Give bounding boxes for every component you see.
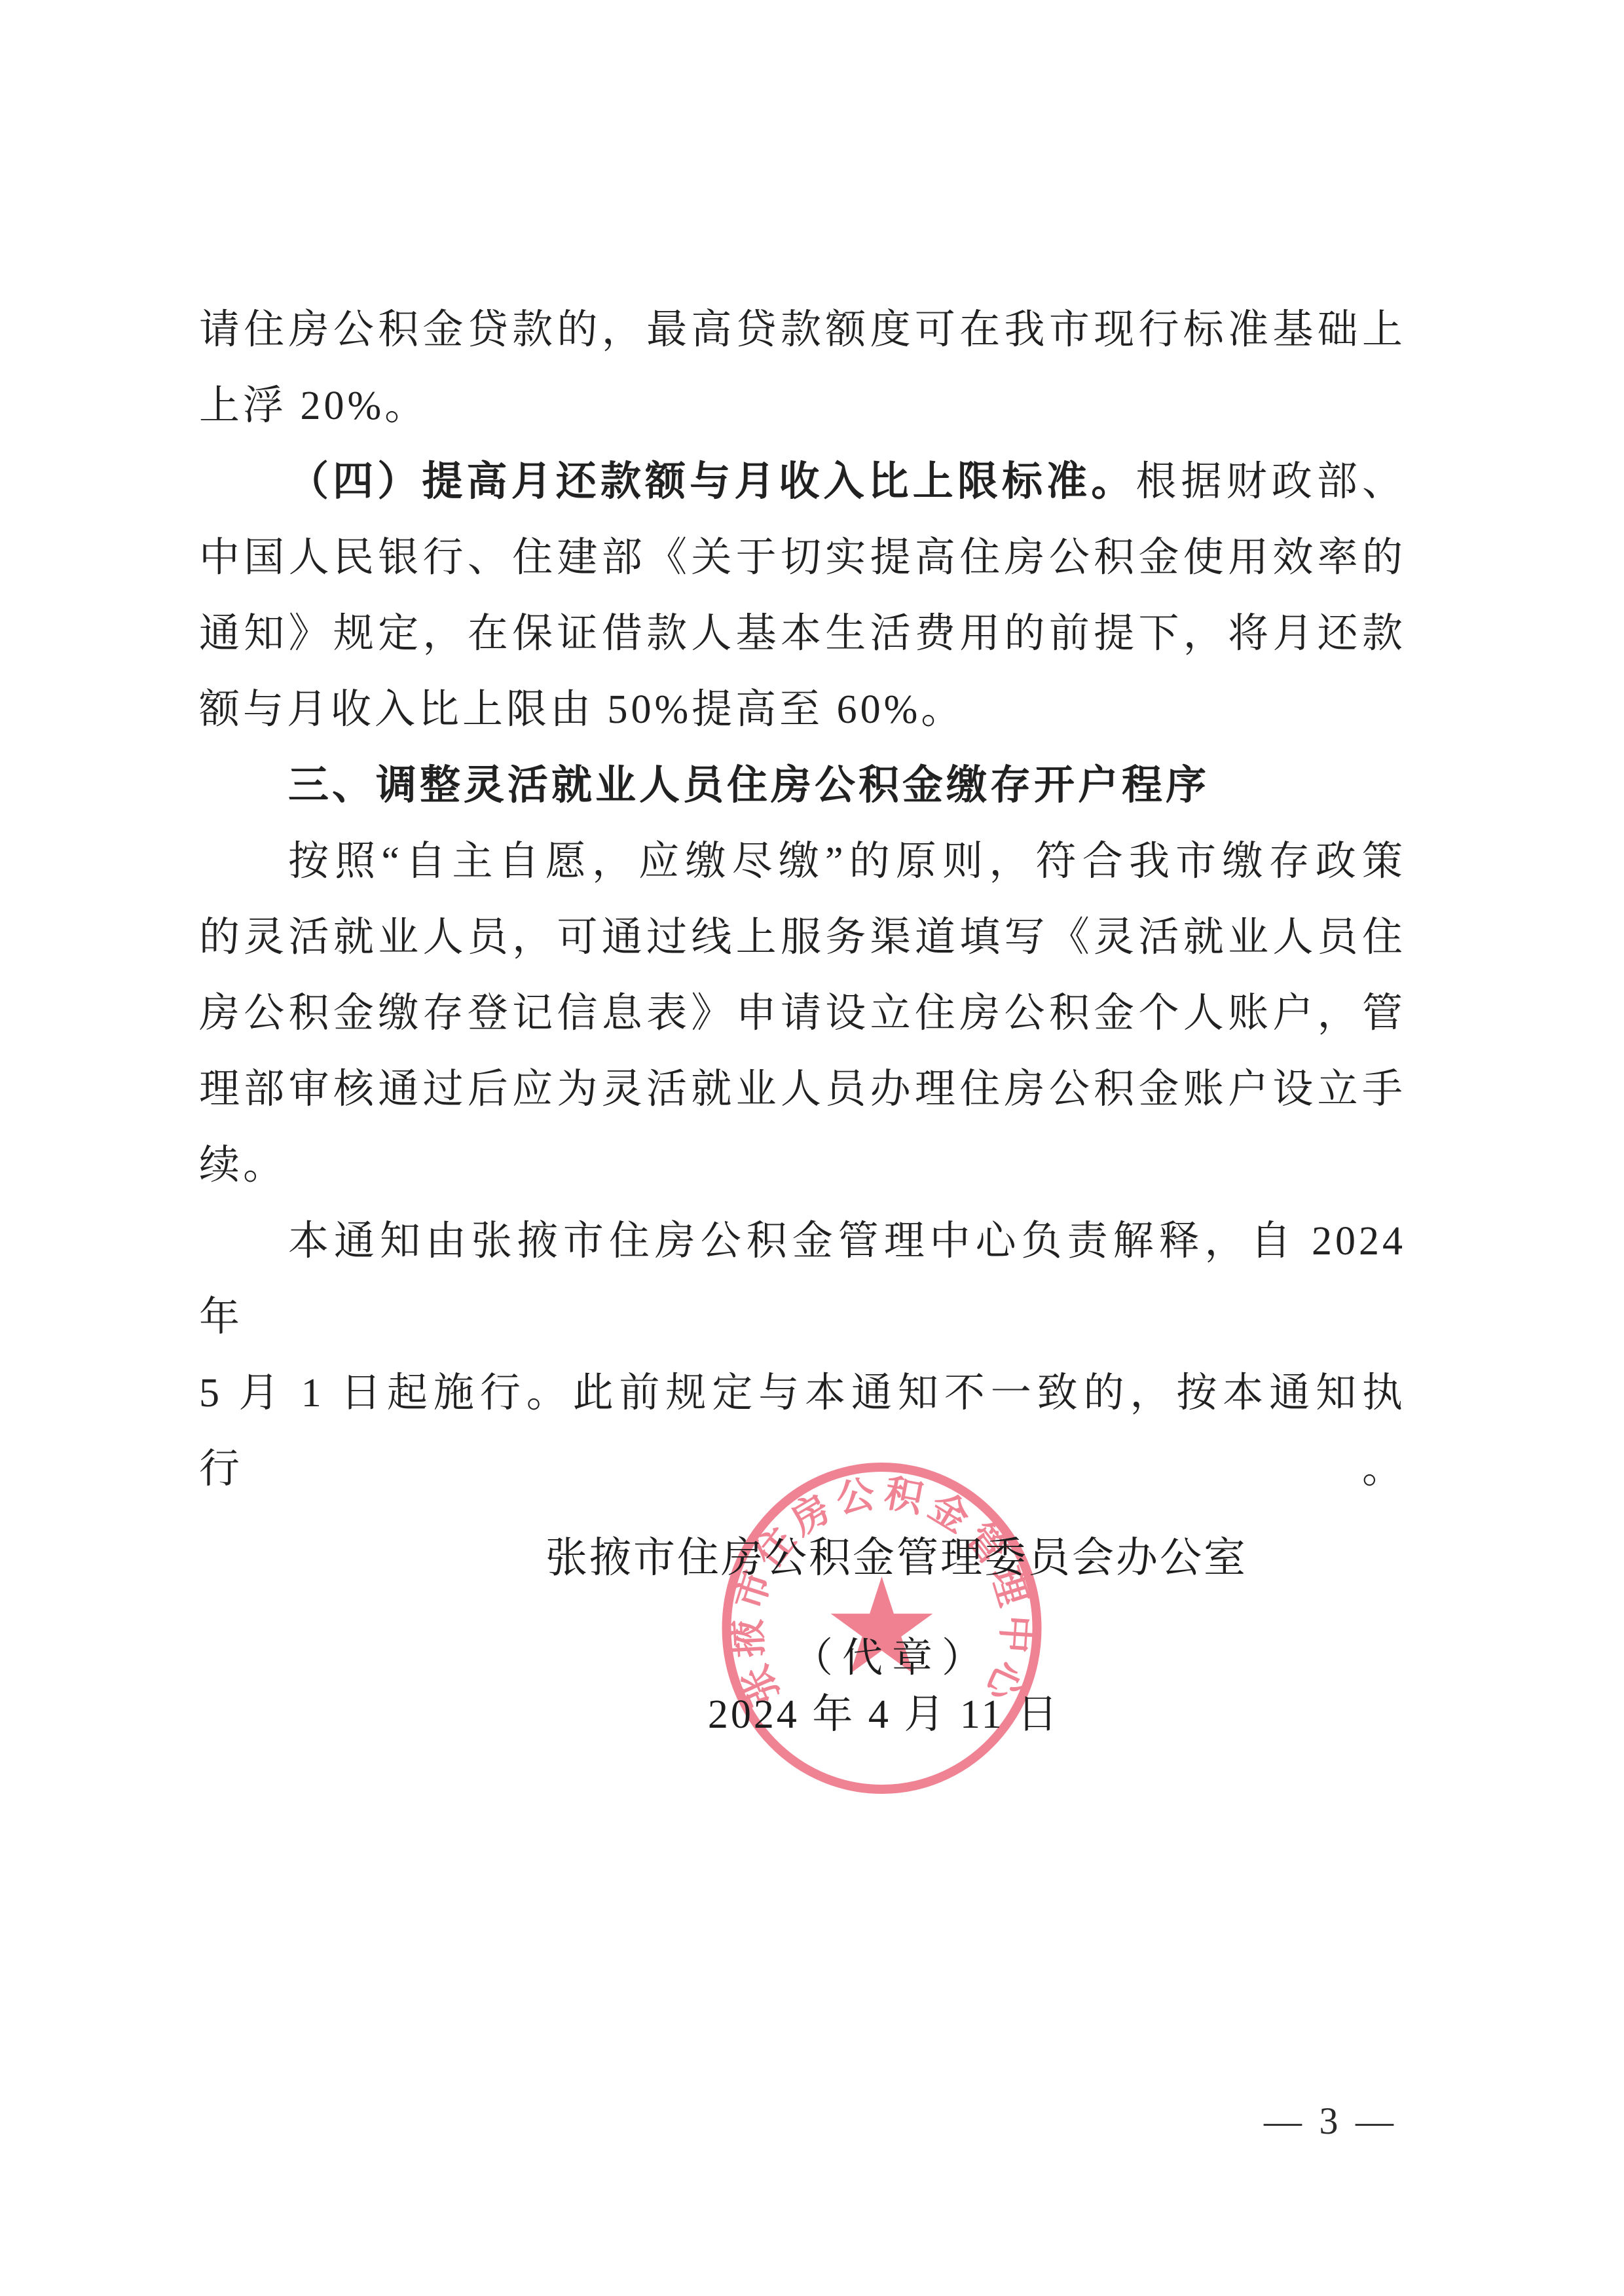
body-line-05: 通知》规定，在保证借款人基本生活费用的前提下，将月还款 — [199, 596, 1406, 672]
body-line-04: 中国人民银行、住建部《关于切实提高住房公积金使用效率的 — [199, 520, 1406, 596]
body-line-11: 理部审核通过后应为灵活就业人员办理住房公积金账户设立手 — [199, 1051, 1406, 1127]
body-line-12: 续。 — [199, 1127, 1406, 1203]
body-line-08: 按照“自主自愿，应缴尽缴”的原则，符合我市缴存政策 — [199, 824, 1406, 900]
page-number: — 3 — — [1264, 2099, 1397, 2143]
body-line-13: 本通知由张掖市住房公积金管理中心负责解释，自 2024 年 — [199, 1203, 1406, 1355]
body-line-09: 的灵活就业人员，可通过线上服务渠道填写《灵活就业人员住 — [199, 900, 1406, 975]
signature-on-behalf-note: （代章） — [792, 1625, 991, 1683]
body-line-03: （四）提高月还款额与月收入比上限标准。根据财政部、 — [199, 444, 1406, 520]
body-line-10: 房公积金缴存登记信息表》申请设立住房公积金个人账户，管 — [199, 975, 1406, 1051]
body-line-03-rest: 根据财政部、 — [1135, 460, 1406, 504]
signature-date: 2024 年 4 月 11 日 — [708, 1681, 1060, 1740]
body-line-02: 上浮 20%。 — [199, 368, 1406, 444]
body-text: 请住房公积金贷款的，最高贷款额度可在我市现行标准基础上 上浮 20%。 （四）提… — [199, 292, 1406, 1507]
document-page: 请住房公积金贷款的，最高贷款额度可在我市现行标准基础上 上浮 20%。 （四）提… — [0, 0, 1624, 2296]
body-line-06: 额与月收入比上限由 50%提高至 60%。 — [199, 672, 1406, 748]
body-line-01: 请住房公积金贷款的，最高贷款额度可在我市现行标准基础上 — [199, 292, 1406, 368]
section-heading-3: 三、调整灵活就业人员住房公积金缴存开户程序 — [199, 748, 1406, 824]
signature-org: 张掖市住房公积金管理委员会办公室 — [545, 1524, 1247, 1584]
bold-subheading-4: （四）提高月还款额与月收入比上限标准。 — [288, 459, 1135, 504]
